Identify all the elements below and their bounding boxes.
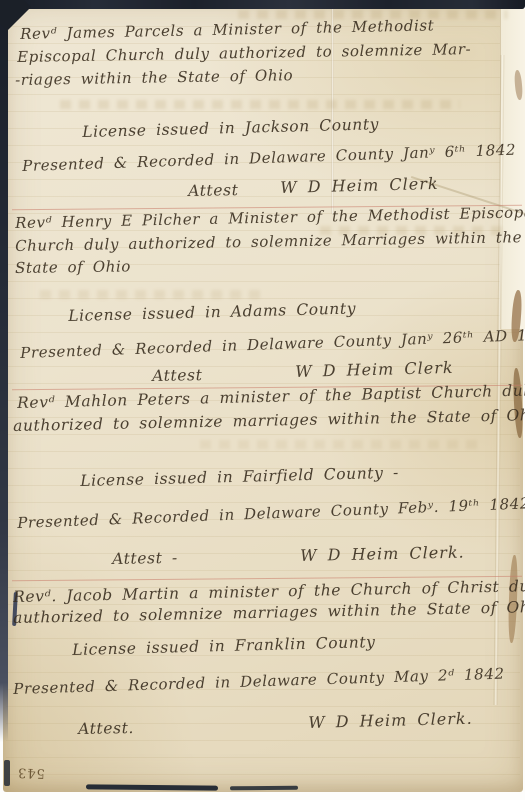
clerk-signature: W D Heim Clerk. [308,711,473,731]
book-binding-left-edge [0,0,8,742]
clerk-signature: W D Heim Clerk. [300,545,465,564]
bottom-edge-smudge [230,786,298,790]
entry-body-line: State of Ohio [15,259,131,276]
book-binding-top-edge [0,0,525,9]
bleed-through-streak [200,440,480,449]
page-number: 543 [14,765,48,779]
attest-label: Attest [188,183,239,199]
left-edge-smudge [4,760,10,786]
scanned-ledger-page: Revᵈ James Parcels a Minister of the Met… [0,0,525,800]
clerk-signature: W D Heim Clerk [295,360,454,380]
attest-label: Attest. [78,721,134,737]
attest-label: Attest [152,368,203,384]
bleed-through-streak [40,290,260,299]
bleed-through-streak [60,100,460,109]
clerk-signature: W D Heim Clerk [280,176,439,196]
attest-label: Attest - [112,551,178,568]
